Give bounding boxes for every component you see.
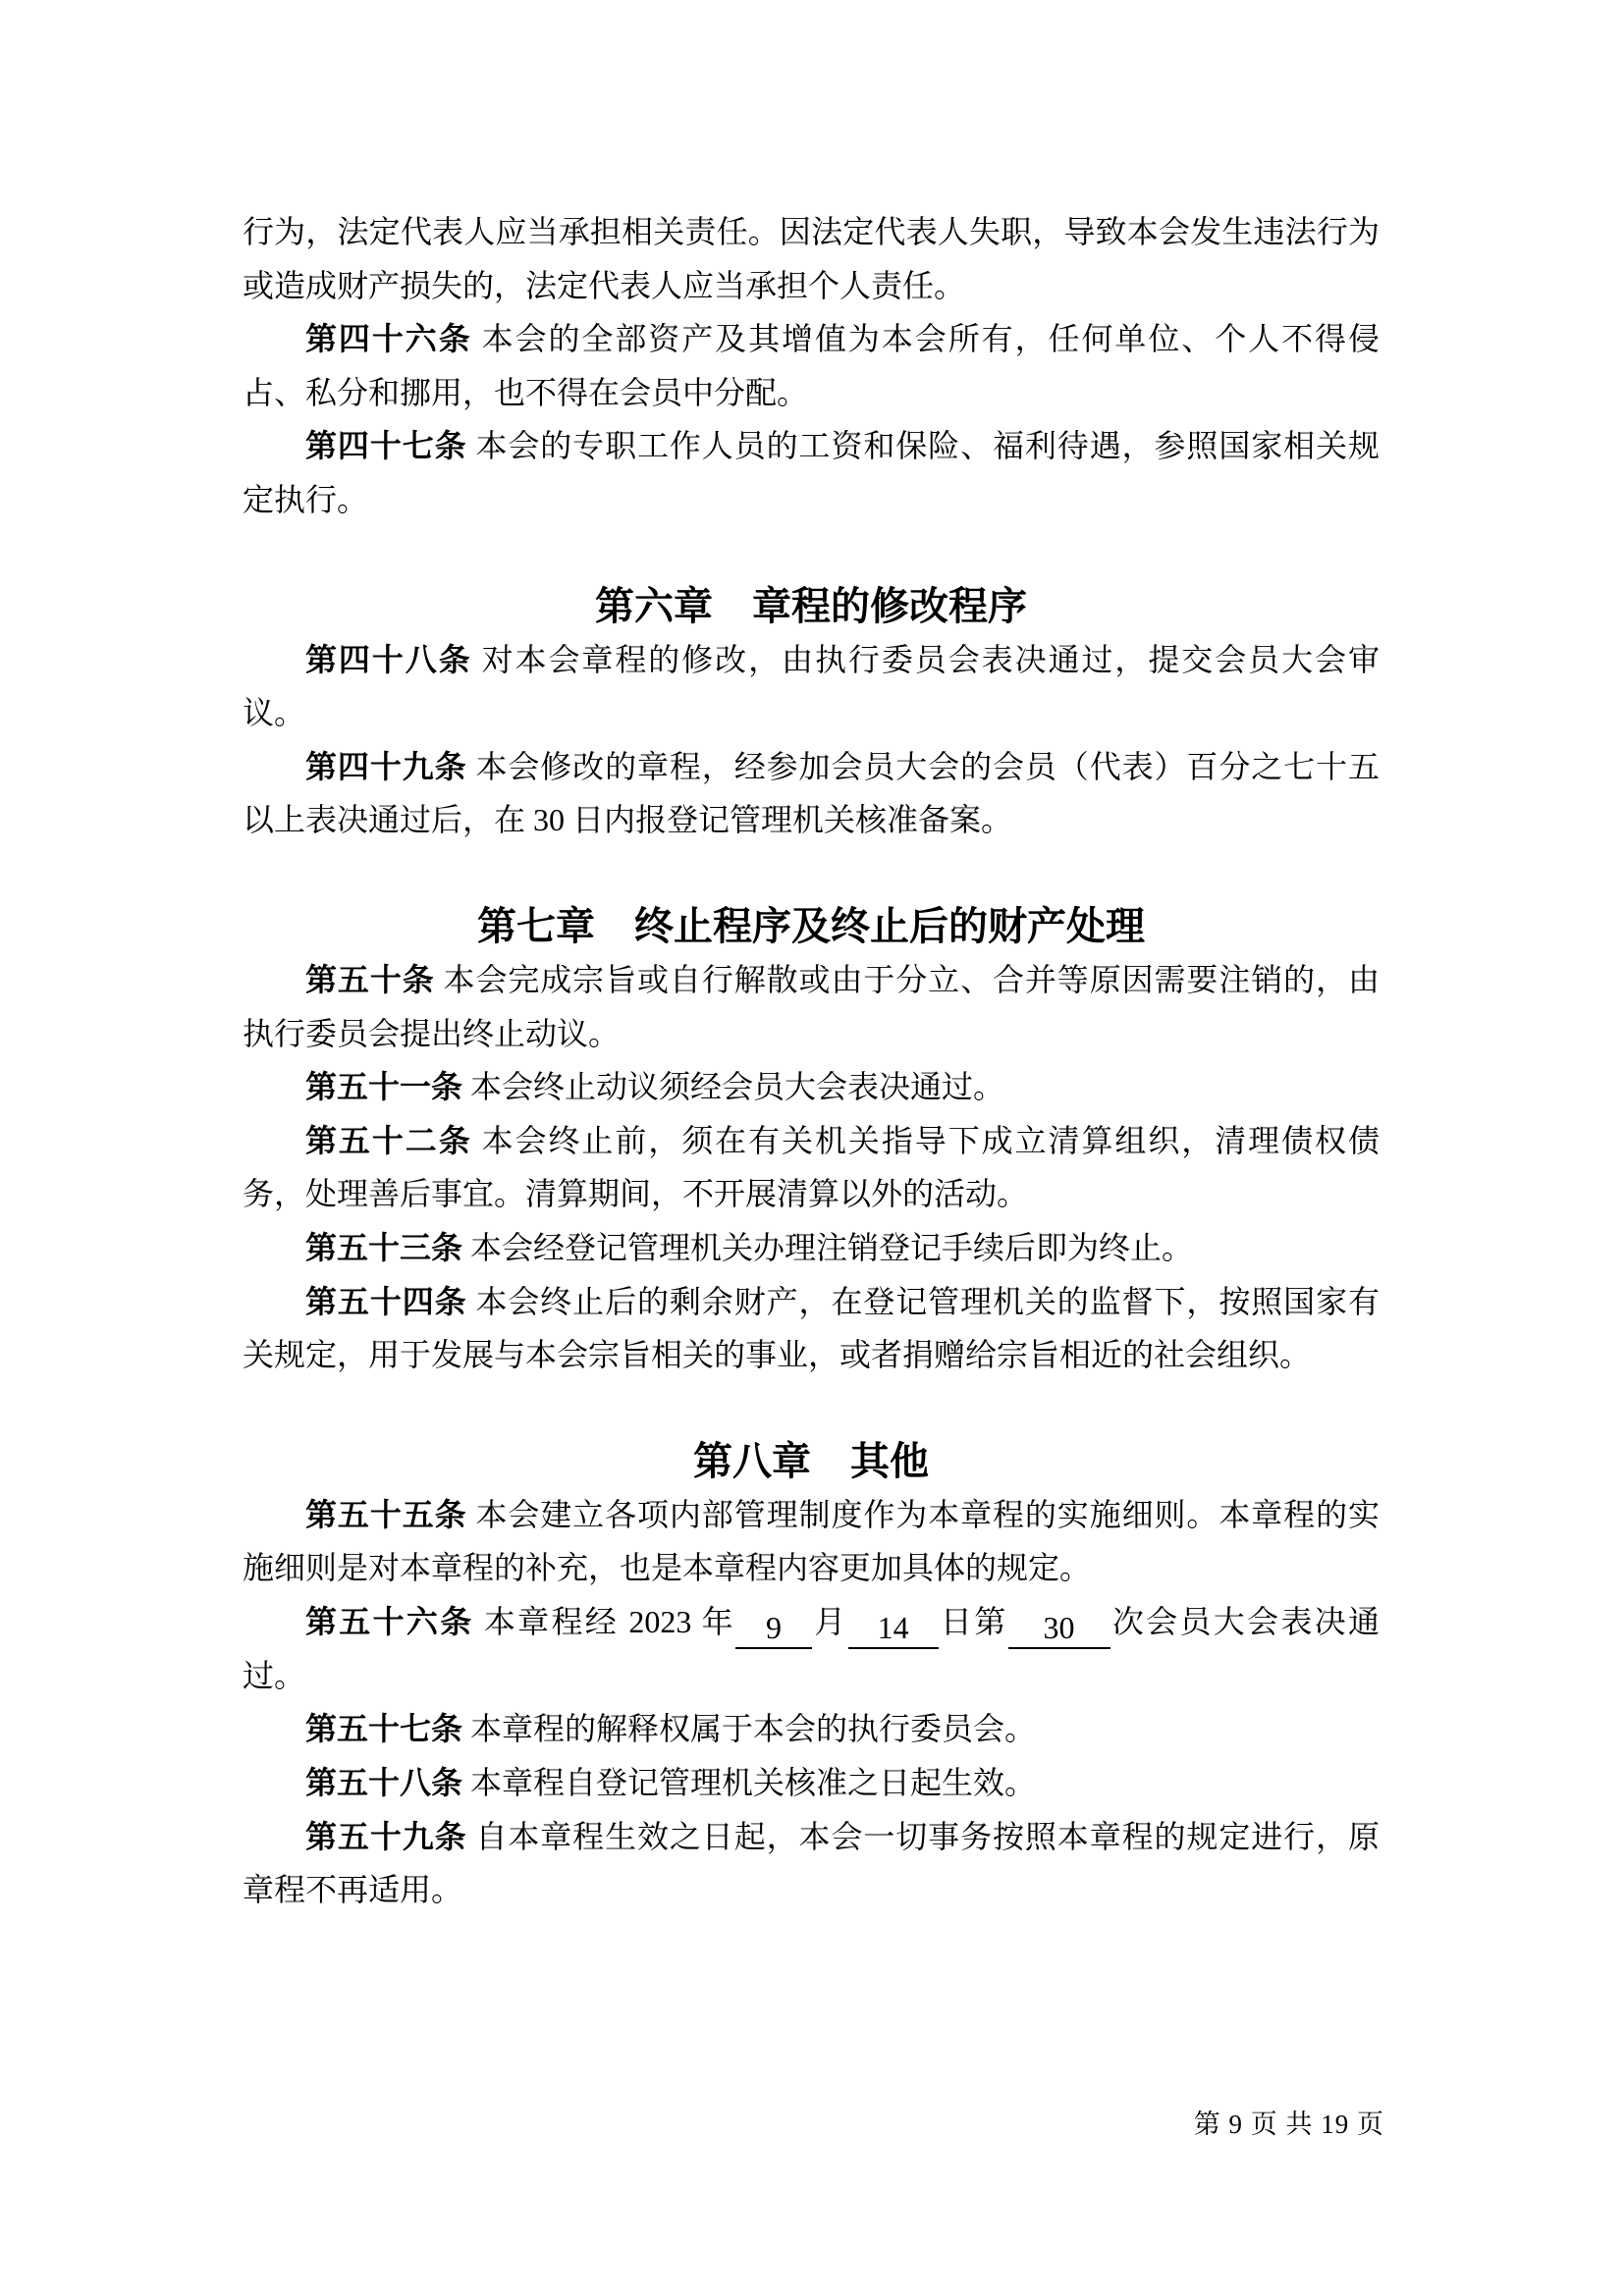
article-52: 第五十二条 本会终止前，须在有关机关指导下成立清算组织，清理债权债务，处理善后事… bbox=[243, 1114, 1380, 1221]
article-54: 第五十四条 本会终止后的剩余财产，在登记管理机关的监督下，按照国家有关规定，用于… bbox=[243, 1275, 1380, 1382]
chapter-heading-7: 第七章 终止程序及终止后的财产处理 bbox=[243, 899, 1380, 953]
article-number: 第五十四条 bbox=[305, 1284, 467, 1319]
article-number: 第四十九条 bbox=[305, 749, 467, 784]
article-number: 第五十六条 bbox=[305, 1604, 474, 1639]
article-text: 本章程自登记管理机关核准之日起生效。 bbox=[462, 1765, 1036, 1800]
page-footer: 第 9 页 共 19 页 bbox=[1194, 2103, 1384, 2141]
article-text: 本章程的解释权属于本会的执行委员会。 bbox=[462, 1711, 1036, 1746]
article-text: 月 bbox=[812, 1604, 848, 1639]
article-text: 日第 bbox=[939, 1604, 1008, 1639]
article-50: 第五十条 本会完成宗旨或自行解散或由于分立、合并等原因需要注销的，由执行委员会提… bbox=[243, 953, 1380, 1060]
article-number: 第五十一条 bbox=[305, 1069, 462, 1104]
paragraph-continuation: 行为，法定代表人应当承担相关责任。因法定代表人失职，导致本会发生违法行为或造成财… bbox=[243, 205, 1380, 312]
article-47: 第四十七条 本会的专职工作人员的工资和保险、福利待遇，参照国家相关规定执行。 bbox=[243, 419, 1380, 526]
article-57: 第五十七条 本章程的解释权属于本会的执行委员会。 bbox=[243, 1702, 1380, 1756]
article-number: 第五十条 bbox=[305, 962, 435, 997]
blank-day-value: 14 bbox=[848, 1608, 939, 1649]
article-text: 本章程经 2023 年 bbox=[474, 1604, 735, 1639]
article-53: 第五十三条 本会经登记管理机关办理注销登记手续后即为终止。 bbox=[243, 1221, 1380, 1275]
article-46: 第四十六条 本会的全部资产及其增值为本会所有，任何单位、个人不得侵占、私分和挪用… bbox=[243, 312, 1380, 419]
article-number: 第五十七条 bbox=[305, 1711, 462, 1746]
article-48: 第四十八条 对本会章程的修改，由执行委员会表决通过，提交会员大会审议。 bbox=[243, 633, 1380, 740]
article-number: 第四十六条 bbox=[305, 321, 472, 356]
article-text: 本会终止动议须经会员大会表决通过。 bbox=[462, 1069, 1004, 1104]
blank-session-value: 30 bbox=[1008, 1608, 1110, 1649]
article-number: 第五十二条 bbox=[305, 1123, 472, 1158]
article-55: 第五十五条 本会建立各项内部管理制度作为本章程的实施细则。本章程的实施细则是对本… bbox=[243, 1488, 1380, 1595]
blank-month-value: 9 bbox=[735, 1608, 812, 1649]
article-text: 本会经登记管理机关办理注销登记手续后即为终止。 bbox=[462, 1230, 1193, 1265]
article-number: 第四十八条 bbox=[305, 642, 472, 677]
document-page: { "document": { "blocks": [ { "kind": "c… bbox=[0, 0, 1624, 2296]
article-58: 第五十八条 本章程自登记管理机关核准之日起生效。 bbox=[243, 1756, 1380, 1810]
article-49: 第四十九条 本会修改的章程，经参加会员大会的会员（代表）百分之七十五以上表决通过… bbox=[243, 740, 1380, 847]
article-number: 第四十七条 bbox=[305, 428, 467, 463]
article-number: 第五十九条 bbox=[305, 1819, 467, 1854]
article-56: 第五十六条 本章程经 2023 年9月14日第30次会员大会表决通过。 bbox=[243, 1595, 1380, 1703]
chapter-heading-8: 第八章 其他 bbox=[243, 1434, 1380, 1488]
article-number: 第五十八条 bbox=[305, 1765, 462, 1800]
article-number: 第五十五条 bbox=[305, 1497, 467, 1532]
article-number: 第五十三条 bbox=[305, 1230, 462, 1265]
chapter-heading-6: 第六章 章程的修改程序 bbox=[243, 579, 1380, 633]
article-59: 第五十九条 自本章程生效之日起，本会一切事务按照本章程的规定进行，原章程不再适用… bbox=[243, 1810, 1380, 1917]
document-content: 行为，法定代表人应当承担相关责任。因法定代表人失职，导致本会发生违法行为或造成财… bbox=[243, 205, 1380, 1917]
article-51: 第五十一条 本会终止动议须经会员大会表决通过。 bbox=[243, 1060, 1380, 1114]
